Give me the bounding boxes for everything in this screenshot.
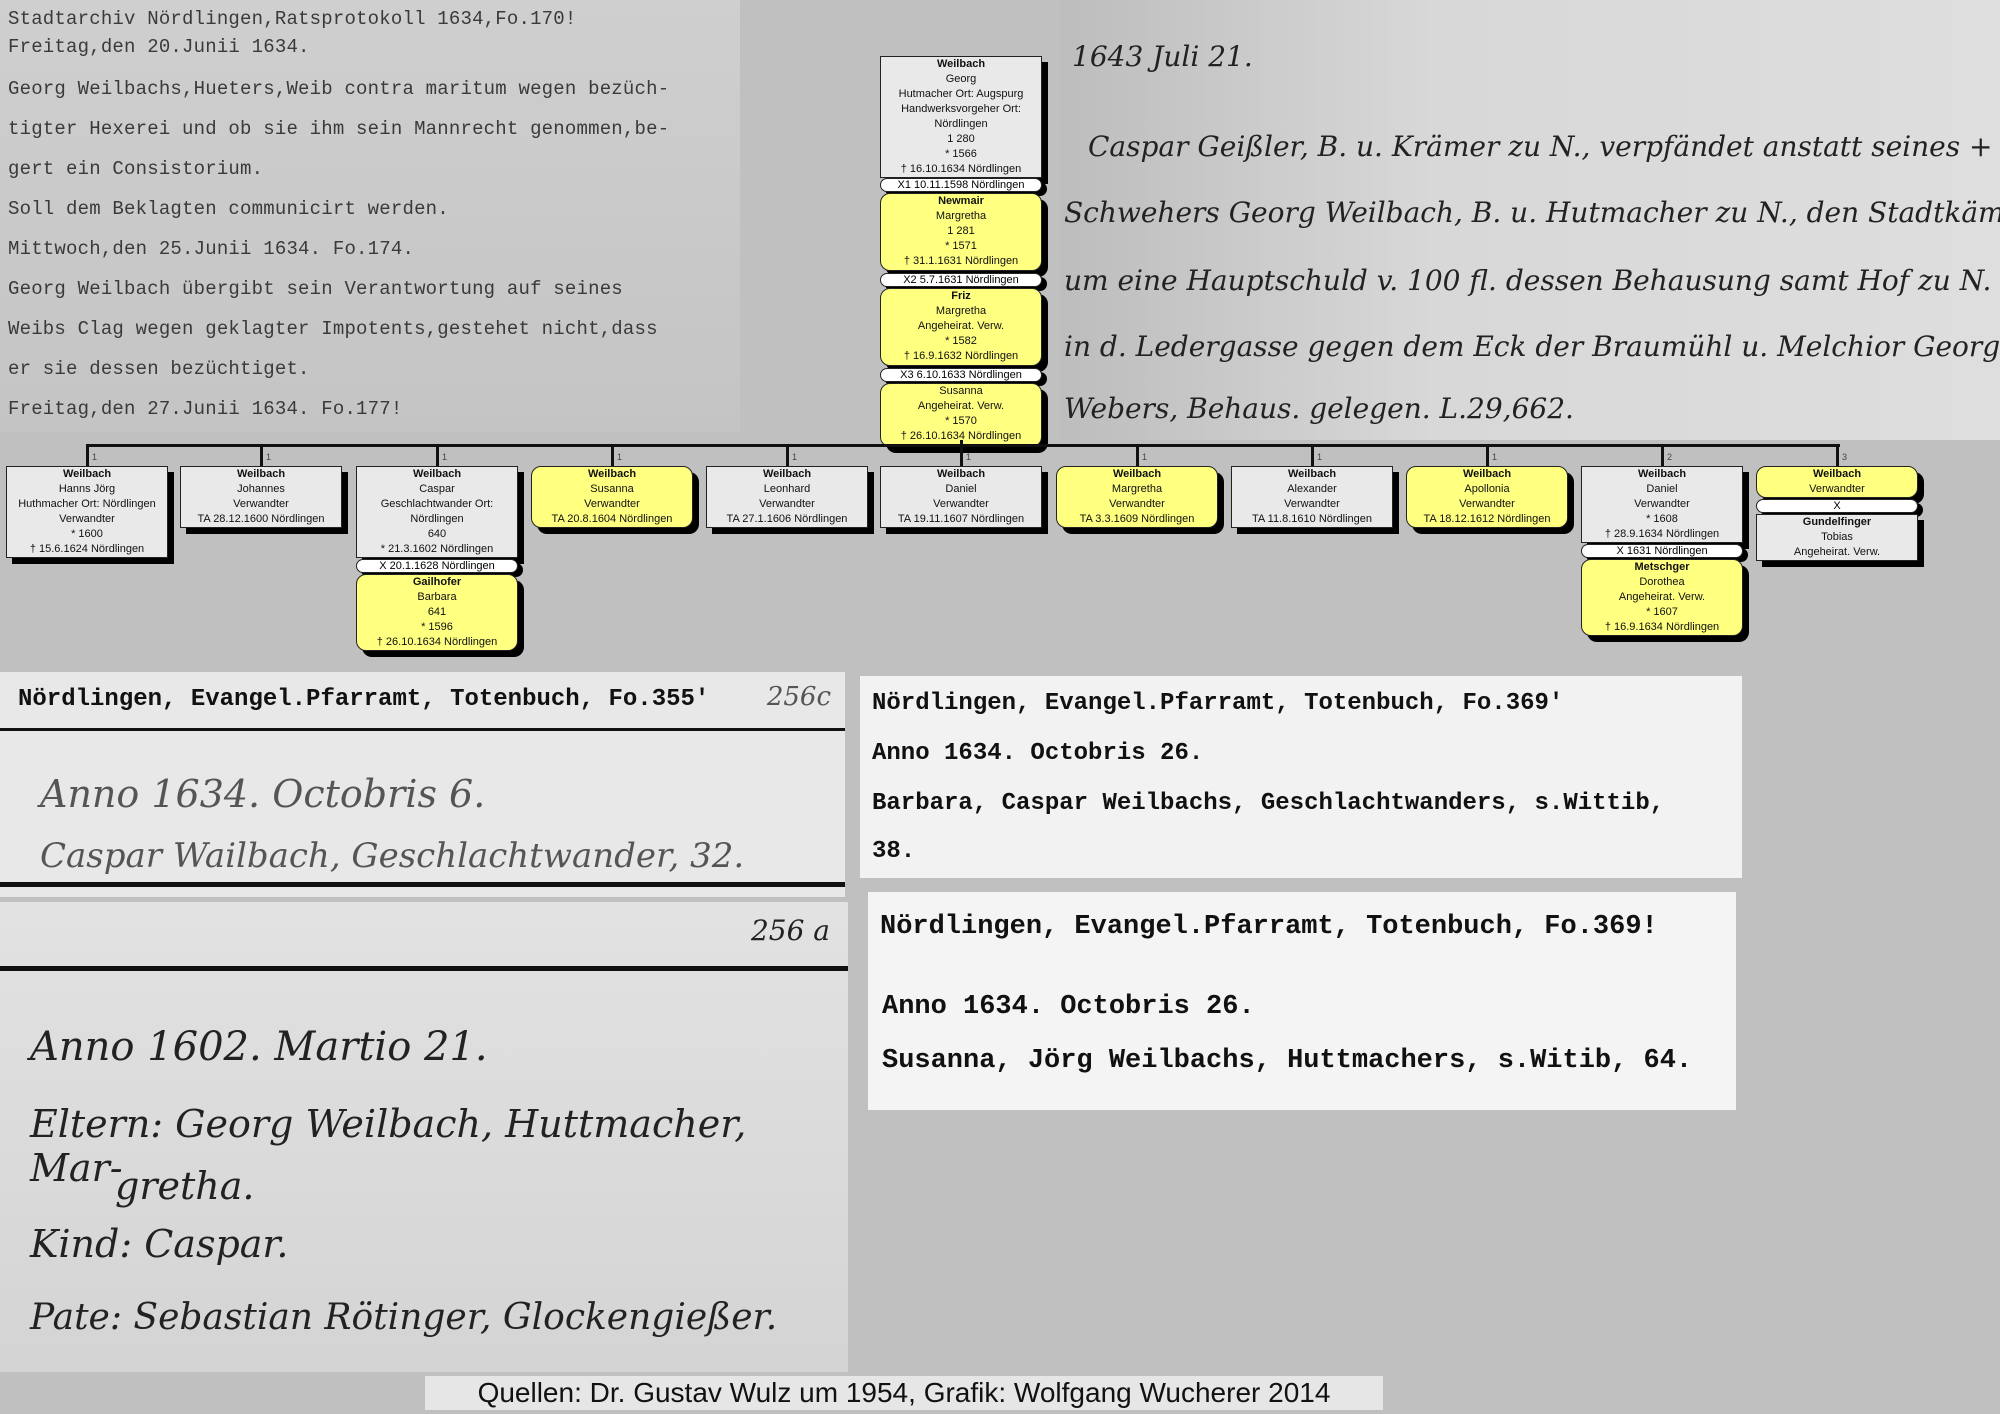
person-box-father[interactable]: WeilbachGeorgHutmacher Ort: AugspurgHand… xyxy=(880,56,1042,178)
child-marker: 3 xyxy=(1842,452,1847,462)
handwritten-line: Webers, Behaus. gelegen. L.29,662. xyxy=(1064,392,1574,425)
handwritten-line: 1643 Juli 21. xyxy=(1072,40,1253,73)
person-detail: Verwandter xyxy=(1584,497,1740,512)
connector-line xyxy=(1661,444,1664,466)
taufbuch-256a-document: 256 a Anno 1602. Martio 21. Eltern: Geor… xyxy=(0,902,848,1372)
surname: Weilbach xyxy=(1059,467,1215,482)
text-line: Georg Weilbachs,Hueters,Weib contra mari… xyxy=(8,78,669,100)
person-detail: Verwandter xyxy=(9,512,165,527)
person-detail: * 1571 xyxy=(883,239,1039,254)
surname: Weilbach xyxy=(1584,467,1740,482)
person-box-child-spouse[interactable]: GundelfingerTobiasAngeheirat. Verw. xyxy=(1756,514,1918,561)
person-box-child[interactable]: WeilbachMargrethaVerwandterTA 3.3.1609 N… xyxy=(1056,466,1218,528)
person-detail: Susanna xyxy=(883,384,1039,399)
person-detail: Angeheirat. Verw. xyxy=(1584,590,1740,605)
text-line: Freitag,den 20.Junii 1634. xyxy=(8,36,310,58)
person-detail: Dorothea xyxy=(1584,575,1740,590)
person-box-child[interactable]: WeilbachApolloniaVerwandterTA 18.12.1612… xyxy=(1406,466,1568,528)
person-detail: Daniel xyxy=(883,482,1039,497)
person-detail: Verwandter xyxy=(1059,497,1215,512)
marriage-label: X xyxy=(1756,499,1918,513)
surname: Metschger xyxy=(1584,560,1740,575)
surname: Weilbach xyxy=(183,467,339,482)
child-marker: 1 xyxy=(1142,452,1147,462)
person-detail: Huthmacher Ort: Nördlingen xyxy=(9,497,165,512)
handwritten-1643-document: 1643 Juli 21.Caspar Geißler, B. u. Kräme… xyxy=(1060,0,2000,440)
text-line: Mittwoch,den 25.Junii 1634. Fo.174. xyxy=(8,238,414,260)
ratsprotokoll-document: Stadtarchiv Nördlingen,Ratsprotokoll 163… xyxy=(0,0,740,432)
sources-footer: Quellen: Dr. Gustav Wulz um 1954, Grafik… xyxy=(425,1376,1383,1410)
surname: Weilbach xyxy=(359,467,515,482)
connector-line xyxy=(611,444,614,466)
connector-line xyxy=(1836,444,1839,466)
text-line: Weibs Clag wegen geklagter Impotents,ges… xyxy=(8,318,658,340)
person-detail: 640 xyxy=(359,527,515,542)
person-detail: Angeheirat. Verw. xyxy=(883,319,1039,334)
entry-line: Anno 1602. Martio 21. xyxy=(30,1024,488,1070)
person-box-child[interactable]: WeilbachVerwandter xyxy=(1756,466,1918,498)
child-marker: 1 xyxy=(442,452,447,462)
surname: Gundelfinger xyxy=(1759,515,1915,530)
surname: Weilbach xyxy=(883,467,1039,482)
person-detail: † 15.6.1624 Nördlingen xyxy=(9,542,165,557)
connector-line xyxy=(260,444,263,466)
person-detail: TA 19.11.1607 Nördlingen xyxy=(883,512,1039,527)
text-line: Stadtarchiv Nördlingen,Ratsprotokoll 163… xyxy=(8,8,577,30)
totenbuch-355-document: Nördlingen, Evangel.Pfarramt, Totenbuch,… xyxy=(0,672,845,897)
page-number: 256 a xyxy=(751,914,830,947)
connector-line xyxy=(1136,444,1139,466)
entry-line: Pate: Sebastian Rötinger, Glockengießer. xyxy=(30,1297,777,1338)
handwritten-line: Caspar Geißler, B. u. Krämer zu N., verp… xyxy=(1088,130,1992,163)
person-detail: † 31.1.1631 Nördlingen xyxy=(883,254,1039,269)
document-header: Nördlingen, Evangel.Pfarramt, Totenbuch,… xyxy=(880,912,1658,942)
person-detail: † 28.9.1634 Nördlingen xyxy=(1584,527,1740,542)
text-line: gert ein Consistorium. xyxy=(8,158,263,180)
connector-line xyxy=(786,444,789,466)
person-box-child[interactable]: WeilbachLeonhardVerwandterTA 27.1.1606 N… xyxy=(706,466,868,528)
marriage-label: X1 10.11.1598 Nördlingen xyxy=(880,178,1042,192)
surname: Weilbach xyxy=(534,467,690,482)
person-detail: * 21.3.1602 Nördlingen xyxy=(359,542,515,557)
entry-line: Barbara, Caspar Weilbachs, Geschlachtwan… xyxy=(872,790,1664,817)
child-marker: 2 xyxy=(1667,452,1672,462)
marriage-label: X 1631 Nördlingen xyxy=(1581,544,1743,558)
text-line: tigter Hexerei und ob sie ihm sein Mannr… xyxy=(8,118,669,140)
marriage-label: X2 5.7.1631 Nördlingen xyxy=(880,273,1042,287)
person-detail: Margretha xyxy=(1059,482,1215,497)
person-box-child-spouse[interactable]: MetschgerDorotheaAngeheirat. Verw.* 1607… xyxy=(1581,559,1743,636)
surname: Newmair xyxy=(883,194,1039,209)
entry-line: Anno 1634. Octobris 26. xyxy=(872,740,1203,767)
person-detail: Hutmacher Ort: Augspurg xyxy=(883,87,1039,102)
person-box-child[interactable]: WeilbachDanielVerwandterTA 19.11.1607 Nö… xyxy=(880,466,1042,528)
person-detail: Leonhard xyxy=(709,482,865,497)
person-detail: Tobias xyxy=(1759,530,1915,545)
handwritten-line: um eine Hauptschuld v. 100 fl. dessen Be… xyxy=(1064,264,1991,297)
document-header: Nördlingen, Evangel.Pfarramt, Totenbuch,… xyxy=(872,690,1563,717)
text-line: Soll dem Beklagten communicirt werden. xyxy=(8,198,449,220)
person-detail: Verwandter xyxy=(1759,482,1915,497)
connector-line xyxy=(86,444,89,466)
person-detail: TA 11.8.1610 Nördlingen xyxy=(1234,512,1390,527)
connector-line xyxy=(86,444,1840,447)
surname: Weilbach xyxy=(9,467,165,482)
child-marker: 1 xyxy=(792,452,797,462)
totenbuch-369-susanna-document: Nördlingen, Evangel.Pfarramt, Totenbuch,… xyxy=(868,892,1736,1110)
surname: Friz xyxy=(883,289,1039,304)
person-detail: Johannes xyxy=(183,482,339,497)
entry-line: Susanna, Jörg Weilbachs, Huttmachers, s.… xyxy=(882,1046,1692,1076)
child-marker: 1 xyxy=(1492,452,1497,462)
person-box-child[interactable]: WeilbachHanns JörgHuthmacher Ort: Nördli… xyxy=(6,466,168,558)
person-detail: * 1607 xyxy=(1584,605,1740,620)
person-detail: TA 3.3.1609 Nördlingen xyxy=(1059,512,1215,527)
person-box-spouse[interactable]: FrizMargrethaAngeheirat. Verw.* 1582† 16… xyxy=(880,288,1042,366)
person-box-child[interactable]: WeilbachJohannesVerwandterTA 28.12.1600 … xyxy=(180,466,342,528)
person-box-spouse[interactable]: NewmairMargretha1 281* 1571† 31.1.1631 N… xyxy=(880,193,1042,271)
connector-line xyxy=(1311,444,1314,466)
person-detail: Apollonia xyxy=(1409,482,1565,497)
person-detail: Angeheirat. Verw. xyxy=(1759,545,1915,560)
entry-line: Anno 1634. Octobris 6. xyxy=(40,772,485,816)
person-detail: Verwandter xyxy=(709,497,865,512)
connector-line xyxy=(1486,444,1489,466)
person-box-spouse[interactable]: SusannaAngeheirat. Verw.* 1570† 26.10.16… xyxy=(880,383,1042,447)
entry-line: Caspar Wailbach, Geschlachtwander, 32. xyxy=(40,836,744,876)
person-detail: Geschlachtwander Ort: Nördlingen xyxy=(359,497,515,527)
person-detail: TA 27.1.1606 Nördlingen xyxy=(709,512,865,527)
marriage-label: X 20.1.1628 Nördlingen xyxy=(356,559,518,573)
person-detail: * 1596 xyxy=(359,620,515,635)
person-box-child[interactable]: WeilbachCasparGeschlachtwander Ort: Nörd… xyxy=(356,466,518,558)
entry-line: 38. xyxy=(872,838,915,865)
person-detail: Susanna xyxy=(534,482,690,497)
marriage-label: X3 6.10.1633 Nördlingen xyxy=(880,368,1042,382)
handwritten-line: in d. Ledergasse gegen dem Eck der Braum… xyxy=(1064,330,2000,363)
page-number: 256c xyxy=(767,682,831,712)
text-line: Freitag,den 27.Junii 1634. Fo.177! xyxy=(8,398,402,420)
person-detail: Margretha xyxy=(883,209,1039,224)
child-marker: 1 xyxy=(1317,452,1322,462)
surname: Weilbach xyxy=(1759,467,1915,482)
surname: Gailhofer xyxy=(359,575,515,590)
totenbuch-369-barbara-document: Nördlingen, Evangel.Pfarramt, Totenbuch,… xyxy=(860,676,1742,878)
person-detail: Verwandter xyxy=(883,497,1039,512)
surname: Weilbach xyxy=(1234,467,1390,482)
surname: Weilbach xyxy=(1409,467,1565,482)
person-detail: Handwerksvorgeher Ort: Nördlingen xyxy=(883,102,1039,132)
entry-line: Anno 1634. Octobris 26. xyxy=(882,992,1255,1022)
person-detail: * 1600 xyxy=(9,527,165,542)
entry-line: gretha. xyxy=(115,1164,254,1208)
child-marker: 1 xyxy=(617,452,622,462)
document-header: Nördlingen, Evangel.Pfarramt, Totenbuch,… xyxy=(18,686,709,713)
person-detail: * 1582 xyxy=(883,334,1039,349)
person-detail: Verwandter xyxy=(1234,497,1390,512)
person-detail: * 1608 xyxy=(1584,512,1740,527)
person-detail: Margretha xyxy=(883,304,1039,319)
person-detail: † 26.10.1634 Nördlingen xyxy=(359,635,515,650)
person-detail: TA 20.8.1604 Nördlingen xyxy=(534,512,690,527)
child-marker: 1 xyxy=(966,452,971,462)
person-box-child[interactable]: WeilbachSusannaVerwandterTA 20.8.1604 Nö… xyxy=(531,466,693,528)
surname: Weilbach xyxy=(883,57,1039,72)
handwritten-line: Schwehers Georg Weilbach, B. u. Hutmache… xyxy=(1064,196,2000,229)
person-detail: † 16.10.1634 Nördlingen xyxy=(883,162,1039,177)
person-box-child[interactable]: WeilbachAlexanderVerwandterTA 11.8.1610 … xyxy=(1231,466,1393,528)
person-detail: Angeheirat. Verw. xyxy=(883,399,1039,414)
surname: Weilbach xyxy=(709,467,865,482)
person-detail: TA 28.12.1600 Nördlingen xyxy=(183,512,339,527)
person-box-child-spouse[interactable]: GailhoferBarbara641* 1596† 26.10.1634 Nö… xyxy=(356,574,518,651)
child-marker: 1 xyxy=(266,452,271,462)
person-detail: † 16.9.1634 Nördlingen xyxy=(1584,620,1740,635)
person-detail: Georg xyxy=(883,72,1039,87)
connector-line xyxy=(436,444,439,466)
connector-line xyxy=(960,444,963,466)
person-detail: Caspar xyxy=(359,482,515,497)
person-detail: Verwandter xyxy=(534,497,690,512)
text-line: er sie dessen bezüchtiget. xyxy=(8,358,310,380)
person-detail: Barbara xyxy=(359,590,515,605)
person-detail: 641 xyxy=(359,605,515,620)
person-detail: Daniel xyxy=(1584,482,1740,497)
person-detail: Verwandter xyxy=(183,497,339,512)
person-detail: Verwandter xyxy=(1409,497,1565,512)
person-box-child[interactable]: WeilbachDanielVerwandter* 1608† 28.9.163… xyxy=(1581,466,1743,543)
person-detail: Alexander xyxy=(1234,482,1390,497)
person-detail: Hanns Jörg xyxy=(9,482,165,497)
entry-line: Kind: Caspar. xyxy=(30,1222,289,1266)
person-detail: † 16.9.1632 Nördlingen xyxy=(883,349,1039,364)
text-line: Georg Weilbach übergibt sein Verantwortu… xyxy=(8,278,623,300)
child-marker: 1 xyxy=(92,452,97,462)
person-detail: * 1566 xyxy=(883,147,1039,162)
person-detail: TA 18.12.1612 Nördlingen xyxy=(1409,512,1565,527)
person-detail: 1 280 xyxy=(883,132,1039,147)
person-detail: * 1570 xyxy=(883,414,1039,429)
person-detail: 1 281 xyxy=(883,224,1039,239)
